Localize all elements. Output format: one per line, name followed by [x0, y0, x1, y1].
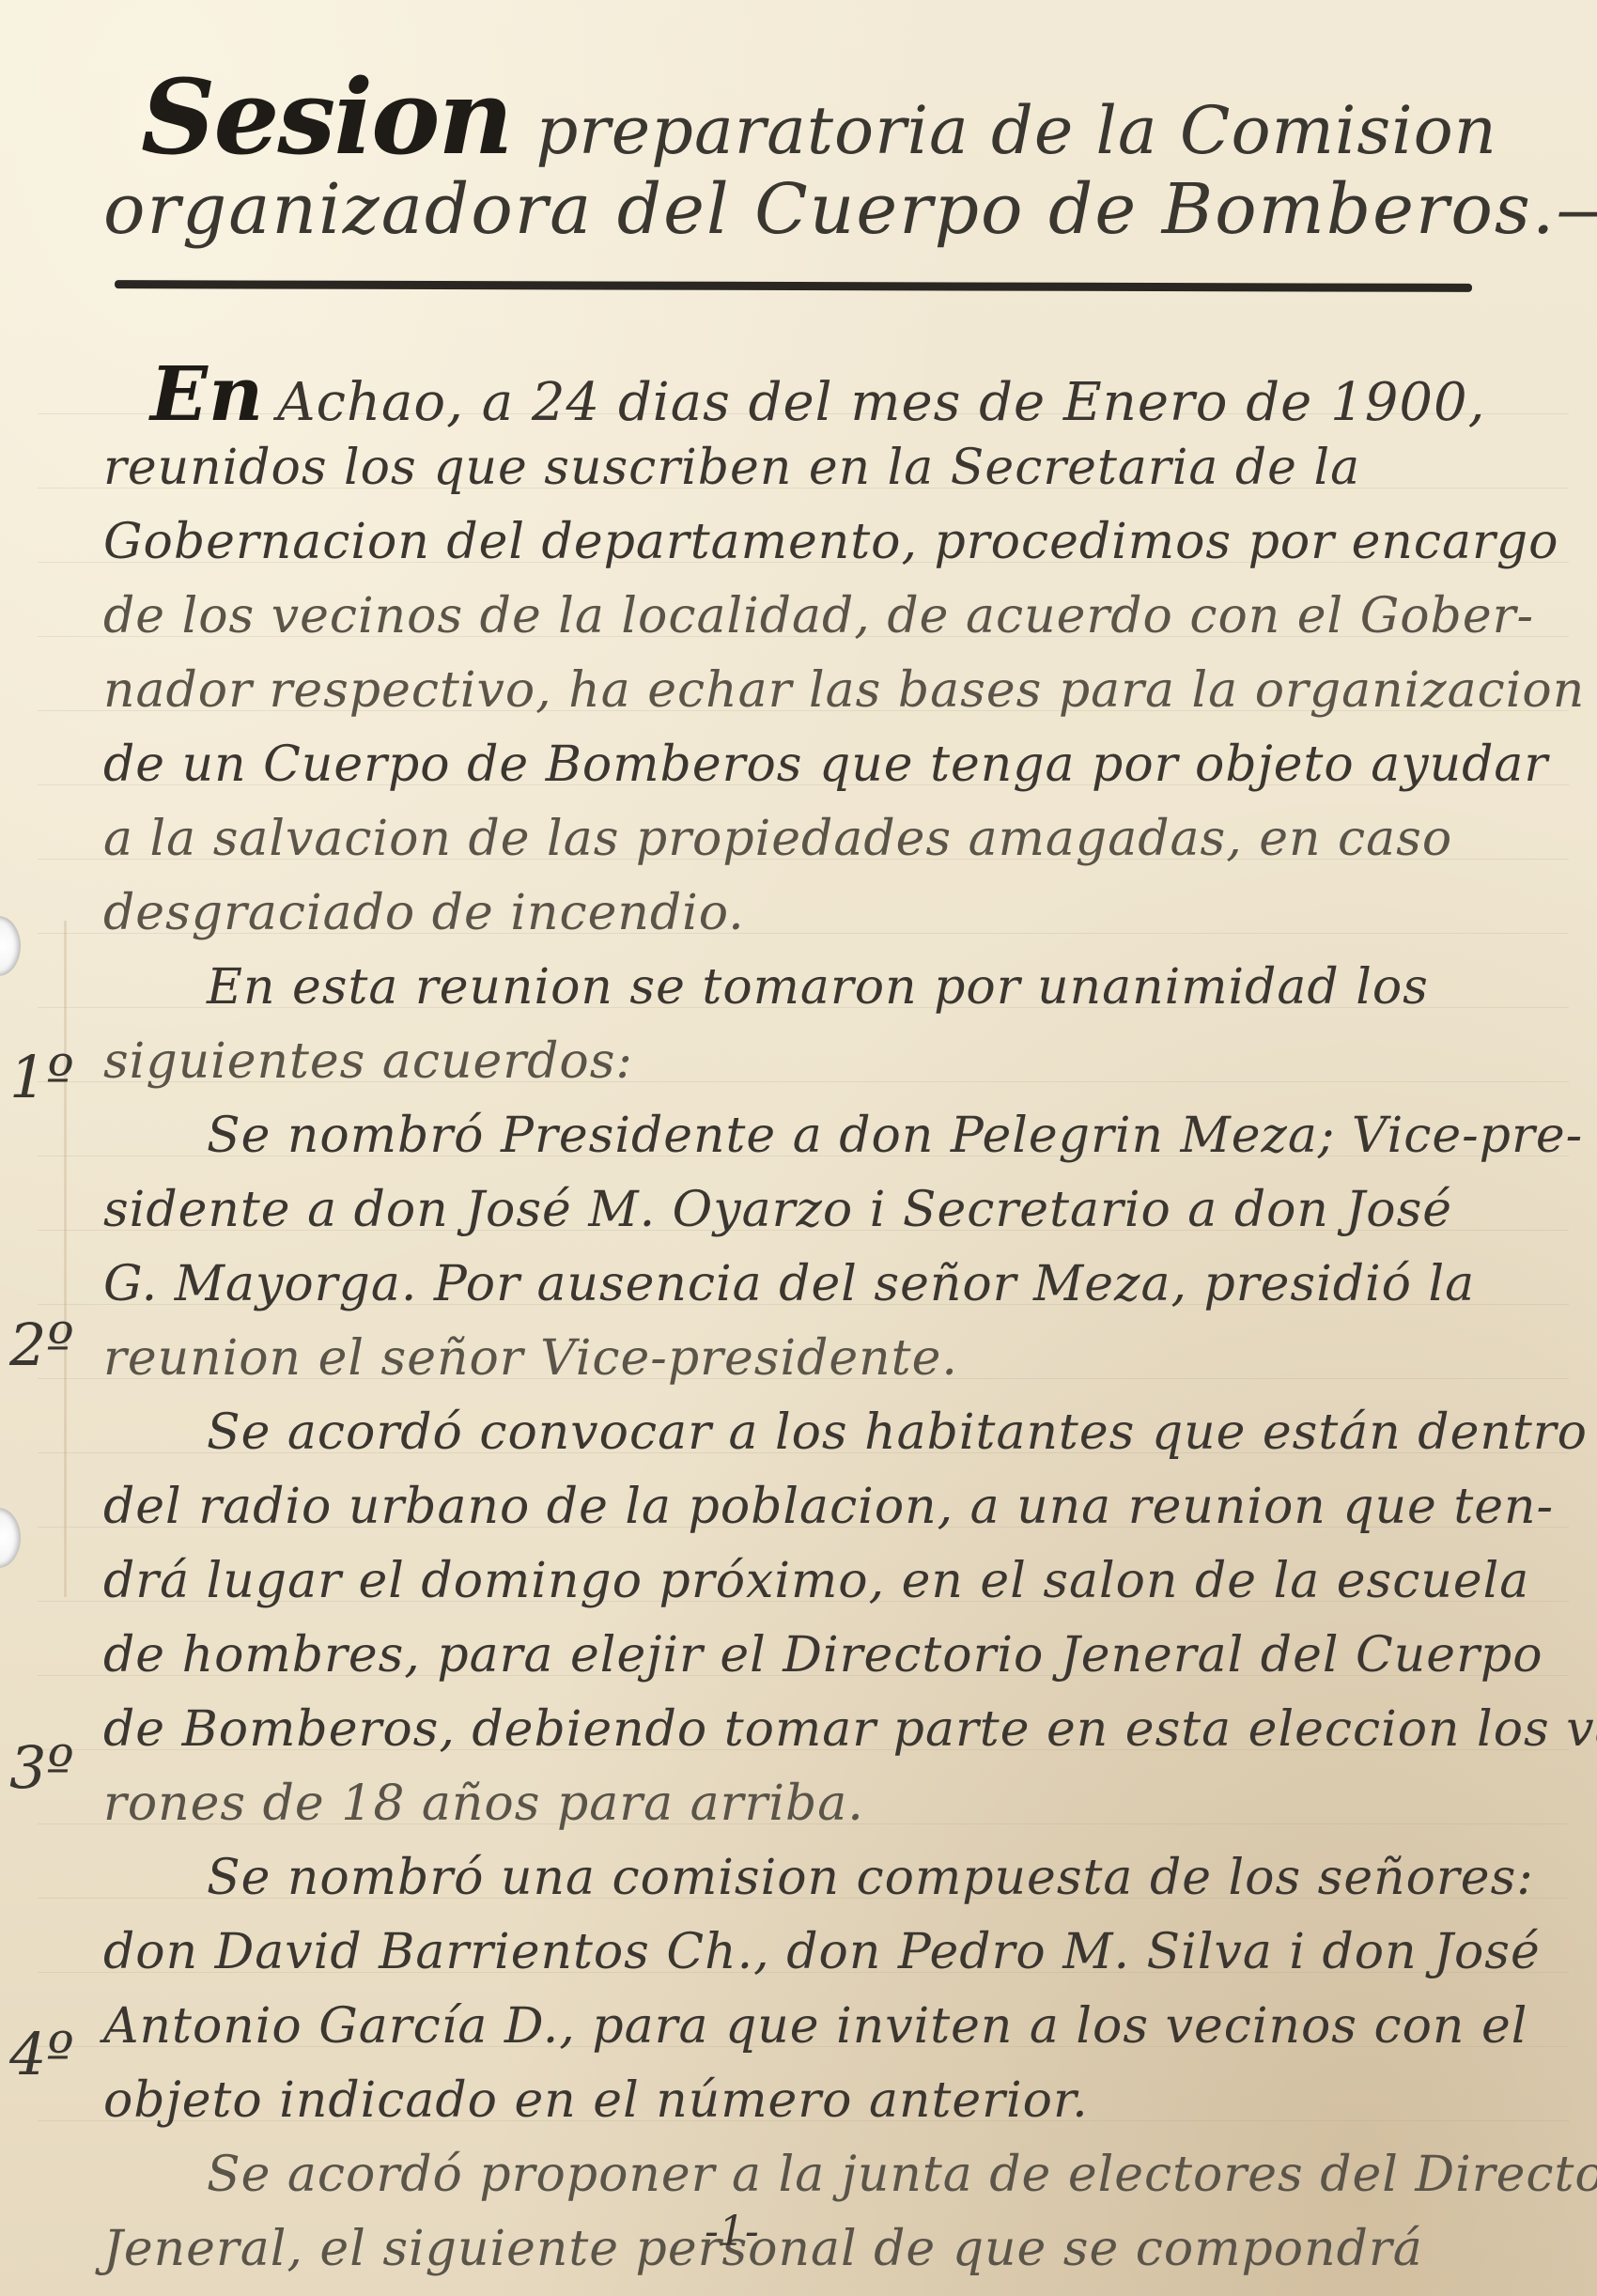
title-line-1-rest: preparatoria de la Comision: [535, 92, 1496, 169]
punch-hole: [0, 916, 21, 976]
text-line: de Bomberos, debiendo tomar parte en est…: [103, 1693, 1522, 1767]
text-line: En esta reunion se tomaron por unanimida…: [103, 951, 1522, 1025]
text-line: drá lugar el domingo próximo, en el salo…: [103, 1544, 1522, 1619]
text-line: desgraciado de incendio.: [103, 877, 1522, 951]
text-line: reunidos los que suscriben en la Secreta…: [103, 431, 1522, 505]
text-line: del radio urbano de la poblacion, a una …: [103, 1470, 1522, 1544]
text-line: Se nombró Presidente a don Pelegrin Meza…: [103, 1099, 1522, 1173]
text-line: nador respectivo, ha echar las bases par…: [103, 654, 1522, 728]
margin-number-2: 2º: [9, 1311, 74, 1379]
title-line-2: organizadora del Cuerpo de Bomberos.—: [103, 175, 1494, 244]
manuscript-page: Sesionpreparatoria de la Comision organi…: [0, 0, 1597, 2296]
title-line-1: Sesionpreparatoria de la Comision: [103, 66, 1494, 169]
text-line: Antonio García D., para que inviten a lo…: [103, 1990, 1522, 2064]
text-line: EnAchao, a 24 dias del mes de Enero de 1…: [103, 357, 1522, 431]
text-line-content: Achao, a 24 dias del mes de Enero de 190…: [277, 372, 1485, 433]
title-big-word: Sesion: [141, 56, 511, 178]
punch-hole: [0, 1508, 21, 1568]
text-line: reunion el señor Vice-presidente.: [103, 1322, 1522, 1396]
margin-fold-mark: [64, 921, 67, 1597]
margin-number-3: 3º: [9, 1733, 74, 1802]
page-number: -1-: [705, 2208, 759, 2256]
text-line: rones de 18 años para arriba.: [103, 1767, 1522, 1841]
text-line: a la salvacion de las propiedades amagad…: [103, 802, 1522, 877]
text-line: de un Cuerpo de Bomberos que tenga por o…: [103, 728, 1522, 802]
document-title: Sesionpreparatoria de la Comision organi…: [103, 66, 1494, 244]
margin-number-4: 4º: [9, 2020, 74, 2088]
manuscript-body: EnAchao, a 24 dias del mes de Enero de 1…: [103, 357, 1522, 2287]
title-underline: [115, 280, 1472, 292]
text-line: de los vecinos de la localidad, de acuer…: [103, 580, 1522, 654]
margin-number-1: 1º: [9, 1043, 74, 1111]
text-line: sidente a don José M. Oyarzo i Secretari…: [103, 1173, 1522, 1248]
text-line: objeto indicado en el número anterior.: [103, 2064, 1522, 2138]
text-line: don David Barrientos Ch., don Pedro M. S…: [103, 1916, 1522, 1990]
text-line: siguientes acuerdos:: [103, 1025, 1522, 1099]
text-line: Se nombró una comision compuesta de los …: [103, 1841, 1522, 1916]
text-line: Se acordó convocar a los habitantes que …: [103, 1396, 1522, 1470]
opening-word: En: [150, 349, 264, 438]
text-line: G. Mayorga. Por ausencia del señor Meza,…: [103, 1248, 1522, 1322]
text-line: Jeneral, el siguiente personal de que se…: [103, 2212, 1522, 2287]
text-line: Gobernacion del departamento, procedimos…: [103, 505, 1522, 580]
text-line: Se acordó proponer a la junta de elector…: [103, 2138, 1522, 2212]
text-line: de hombres, para elejir el Directorio Je…: [103, 1619, 1522, 1693]
